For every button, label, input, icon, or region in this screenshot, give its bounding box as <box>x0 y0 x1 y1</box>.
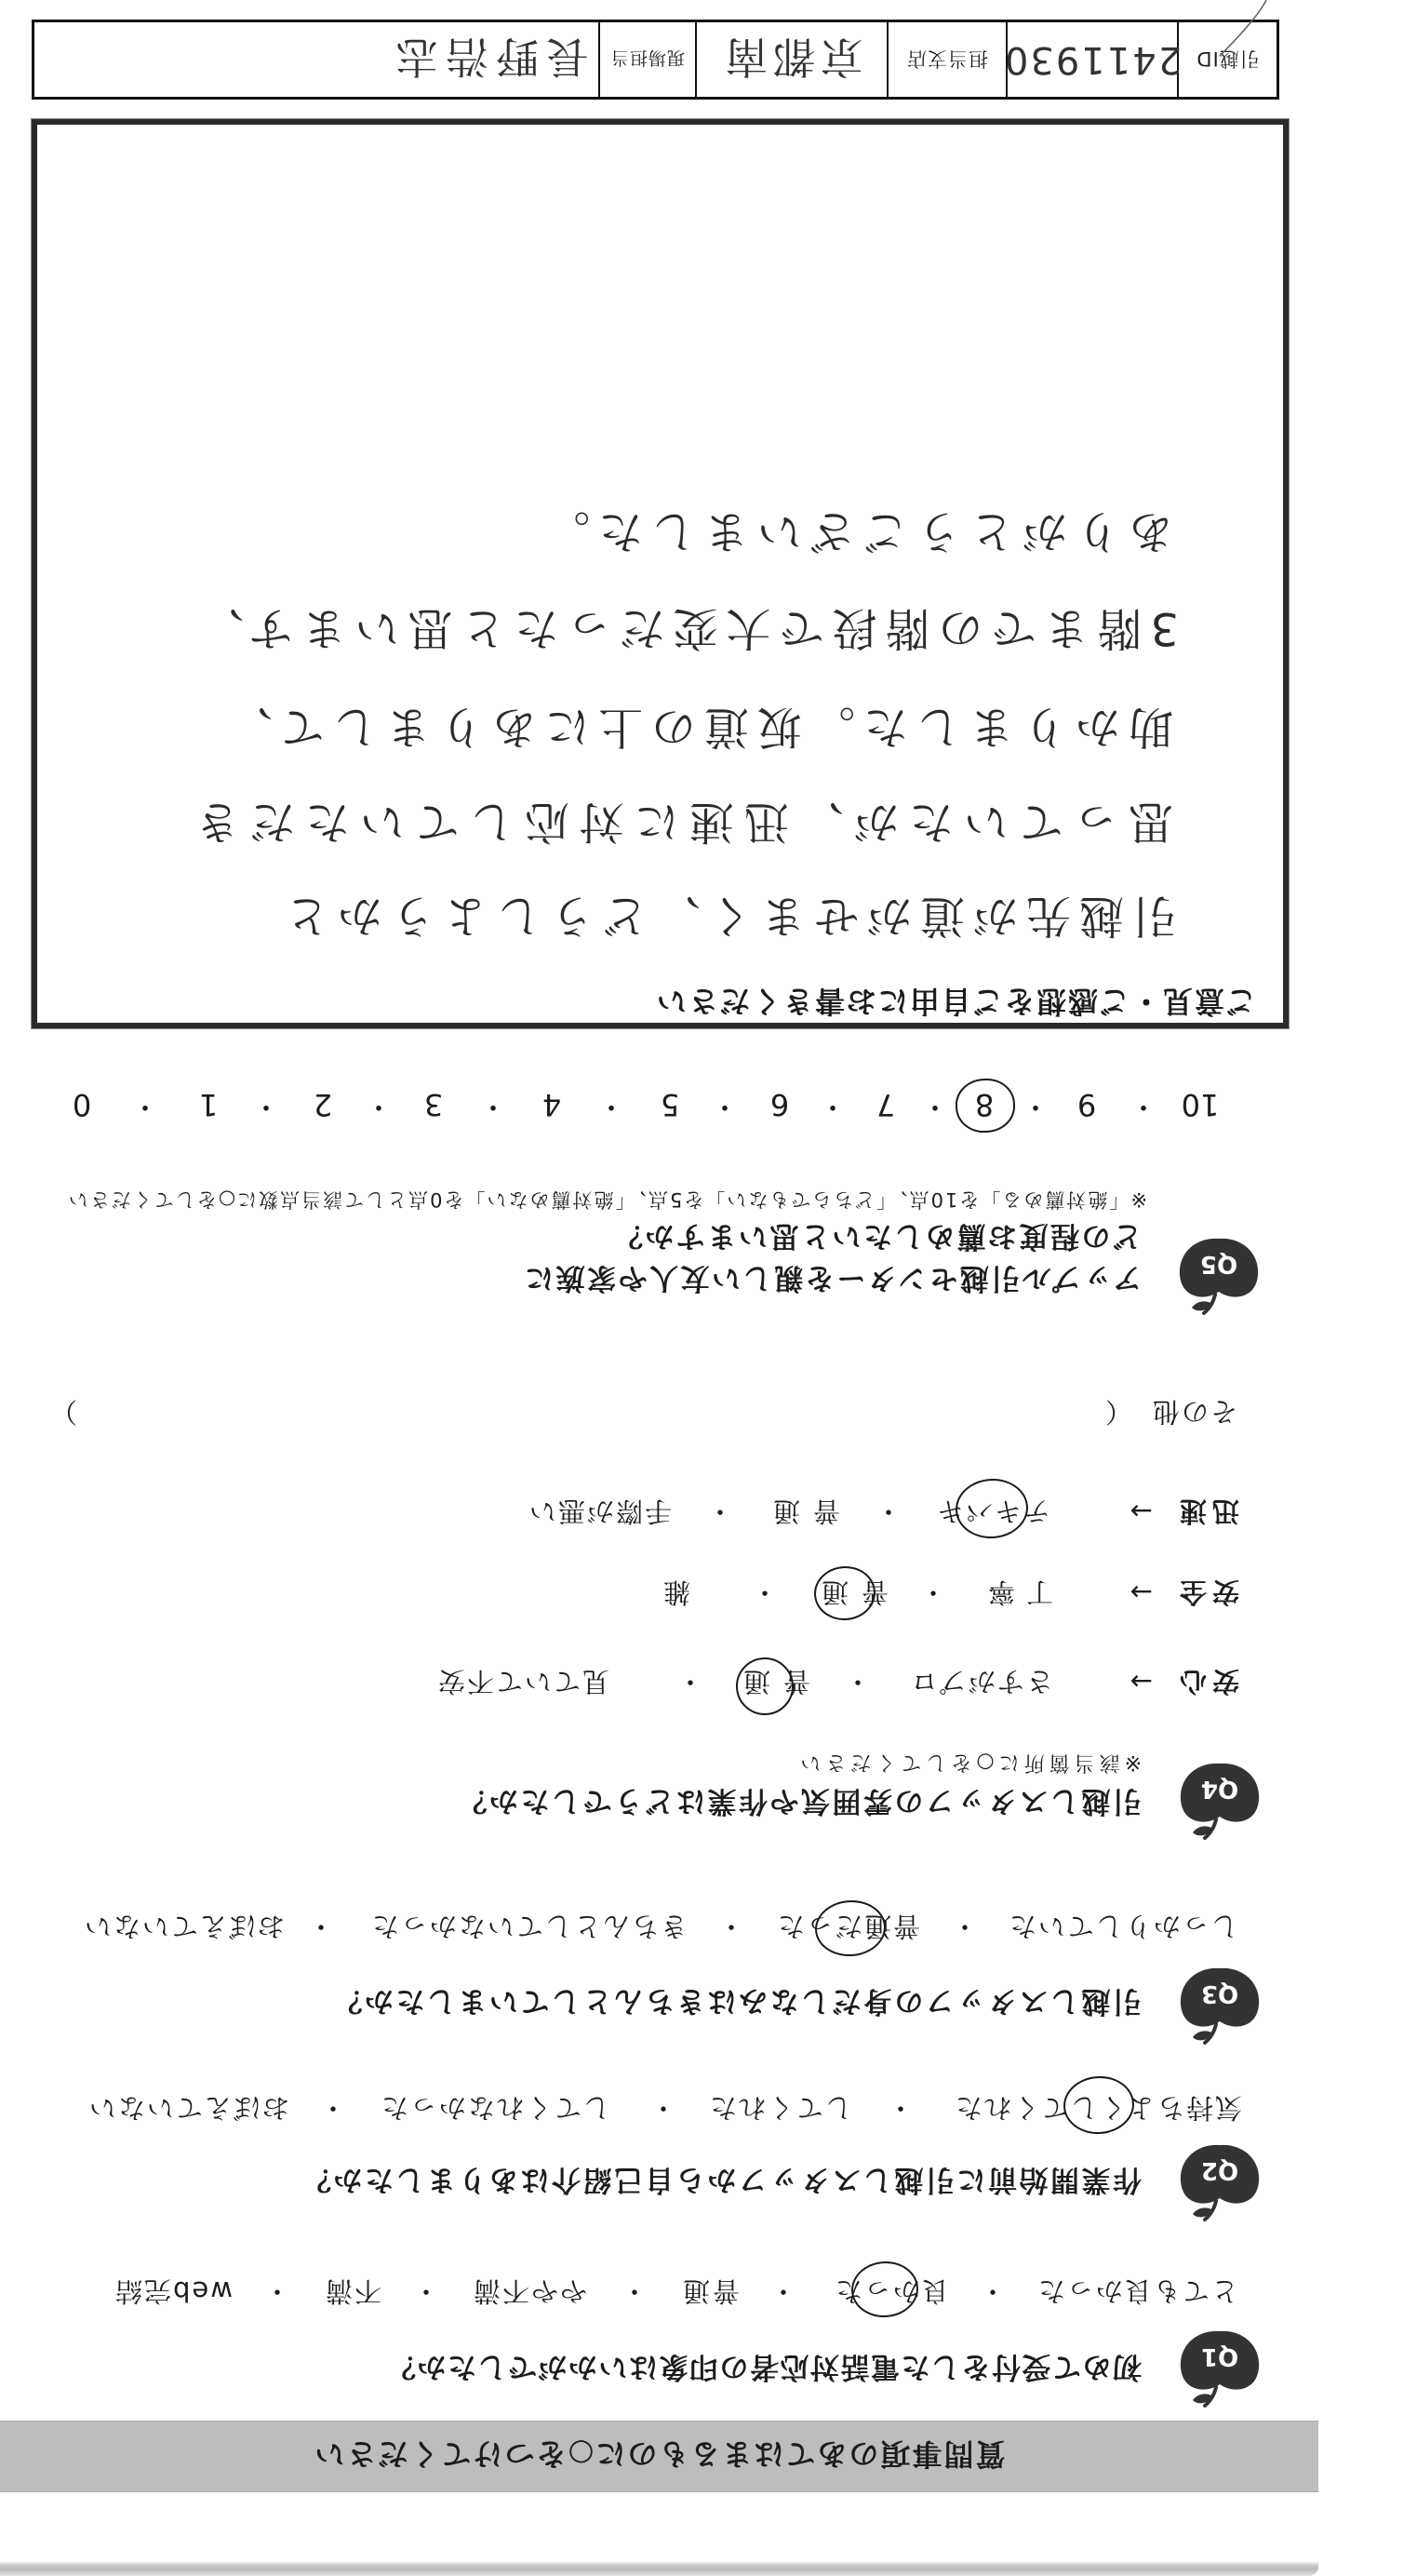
separator: ・ <box>649 2092 677 2123</box>
score-9: 9 <box>1059 1087 1115 1121</box>
staff-label-cell: 現場担当 <box>600 22 697 97</box>
q4-other-label: その他 <box>1151 1396 1237 1427</box>
q1-question: 初めて受付をした電話対応者の印象はいかがでしたか？ <box>386 2349 1143 2382</box>
selection-circle <box>954 1476 1030 1540</box>
separator: ・ <box>1130 1090 1157 1122</box>
q2-option-dont-remember: おぼえていない <box>87 2092 289 2123</box>
q4-question: 引越しスタッフの雰囲気や作業はどうでしたか？ <box>456 1783 1142 1817</box>
q2-option-no: してくれなかった <box>380 2092 610 2123</box>
move-id-cell: 2411930 <box>1008 22 1179 97</box>
score-3: 3 <box>406 1087 461 1121</box>
apple-badge-icon: Q3 <box>1177 1966 1263 2045</box>
handwritten-comment-line: ありがとうございました。 <box>537 505 1173 557</box>
score-0: 0 <box>54 1087 110 1121</box>
arrow-right-icon: → <box>1129 1666 1153 1697</box>
score-4: 4 <box>524 1087 580 1121</box>
score-5: 5 <box>642 1087 698 1121</box>
staff-label: 現場担当 <box>610 47 685 73</box>
staff-value: 長野浩志 <box>388 29 589 90</box>
separator: ・ <box>412 2275 440 2306</box>
separator: ・ <box>621 2275 648 2306</box>
q4-relief-option-pro: さすがプロ <box>909 1666 1053 1697</box>
pencil-stroke <box>1212 0 1277 63</box>
q4-safety-option-careful: 丁寧 <box>977 1576 1053 1607</box>
q5-question-line-2: どの程度お薦めしたいと思いますか？ <box>612 1218 1143 1252</box>
q4-speed-option-normal: 普通 <box>760 1496 840 1526</box>
q4-row-label-safety: 安全 <box>1174 1576 1239 1607</box>
q5-question-line-1: アップル引越センターを親しい友人や家族に <box>523 1260 1142 1294</box>
instruction-text: 質問事項のあてはまるものに○をつけてください <box>314 2435 1006 2478</box>
apple-badge-icon: Q4 <box>1177 1762 1263 1840</box>
badge-label: Q3 <box>1201 1979 1238 2007</box>
separator: ・ <box>875 1496 902 1526</box>
q4-other-open-paren: （ <box>1103 1396 1132 1427</box>
separator: ・ <box>365 1090 393 1122</box>
separator: ・ <box>919 1576 947 1607</box>
q3-option-dont-remember: おぼえていない <box>83 1911 285 1941</box>
badge-label: Q5 <box>1200 1250 1237 1278</box>
q4-row-label-speed: 迅速 <box>1174 1496 1239 1526</box>
instruction-banner: 質問事項のあてはまるものに○をつけてください <box>0 2421 1318 2492</box>
score-6: 6 <box>752 1087 808 1121</box>
branch-label: 担当支店 <box>906 46 988 74</box>
separator: ・ <box>307 1911 335 1941</box>
selection-circle <box>813 1898 888 1958</box>
q5-note: ※「絶対薦める」を10点、「どちらでもない」を5点、「絶対薦めない」を0点として… <box>67 1188 1147 1211</box>
q4-row-label-relief: 安心 <box>1174 1666 1239 1697</box>
selection-circle <box>849 2260 920 2320</box>
branch-value: 京都南 <box>721 29 863 90</box>
arrow-right-icon: → <box>1129 1496 1153 1526</box>
score-7: 7 <box>858 1087 914 1121</box>
separator: ・ <box>319 2092 347 2123</box>
q4-safety-option-rough: 雑 <box>662 1576 690 1607</box>
separator: ・ <box>844 1666 872 1697</box>
questionnaire-page: 質問事項のあてはまるものに○をつけてください Q1 初めて受付をした電話対応者の… <box>0 0 1417 2576</box>
selection-circle <box>954 1077 1017 1134</box>
badge-label: Q4 <box>1201 1775 1238 1803</box>
score-2: 2 <box>295 1087 351 1121</box>
badge-label: Q2 <box>1201 2156 1238 2184</box>
separator: ・ <box>951 1911 979 1941</box>
q1-option-web-complete: web完結 <box>114 2275 233 2306</box>
selection-circle <box>812 1564 877 1622</box>
q4-other-close-paren: ） <box>48 1396 77 1427</box>
separator: ・ <box>887 2092 915 2123</box>
q4-speed-option-clumsy: 手際が悪い <box>528 1496 672 1526</box>
separator: ・ <box>717 1911 745 1941</box>
scan-edge-shadow <box>0 2561 1318 2576</box>
handwritten-comment-line: 思っていたが、迅速に対応していただき <box>185 796 1173 847</box>
q2-question: 作業開始前に引越しスタッフから自己紹介はありましたか？ <box>301 2162 1143 2195</box>
move-id-value: 2411930 <box>1003 38 1182 81</box>
q3-question: 引越しスタッフの身だしなみはきちんとしていましたか？ <box>331 1983 1142 2017</box>
separator: ・ <box>479 1090 507 1122</box>
q3-option-not-neat: きちんとしていなかった <box>370 1911 688 1941</box>
q1-option-very-good: とても良かった <box>1036 2275 1238 2306</box>
staff-cell: 長野浩志 <box>34 22 600 97</box>
branch-label-cell: 担当支店 <box>889 22 1008 97</box>
selection-circle <box>1062 2073 1136 2136</box>
separator: ・ <box>819 1090 847 1122</box>
q2-option-yes: してくれた <box>708 2092 852 2123</box>
separator: ・ <box>263 2275 291 2306</box>
separator: ・ <box>676 1666 704 1697</box>
apple-badge-icon: Q5 <box>1176 1237 1262 1315</box>
handwritten-comment-line: 3階までの階段で大変だったと思います、 <box>191 602 1179 653</box>
separator: ・ <box>597 1090 625 1122</box>
q3-option-neat: しっかりしていた <box>1008 1911 1238 1941</box>
apple-badge-icon: Q2 <box>1177 2143 1263 2221</box>
separator: ・ <box>921 1090 949 1122</box>
badge-label: Q1 <box>1201 2342 1238 2370</box>
q1-option-dissatisfied: 不満 <box>324 2275 381 2306</box>
separator: ・ <box>751 1576 779 1607</box>
separator: ・ <box>769 2275 797 2306</box>
q4-note: ※該当箇所に○をしてください <box>795 1751 1142 1774</box>
arrow-right-icon: → <box>1129 1576 1153 1607</box>
handwritten-comment-line: 助かりました。坂道の上にありまして、 <box>220 701 1173 752</box>
score-1: 1 <box>180 1087 236 1121</box>
q1-option-normal: 普通 <box>680 2275 740 2306</box>
comment-label: ご意見・ご感想をご自由にお書きください <box>655 984 1256 1018</box>
separator: ・ <box>252 1090 280 1122</box>
q4-relief-option-anxious: 見ていて不安 <box>436 1666 609 1697</box>
separator: ・ <box>131 1090 159 1122</box>
branch-cell: 京都南 <box>697 22 889 97</box>
handwritten-comment-line: 引越先が道がせまく、どうしようかと <box>276 890 1177 941</box>
score-10: 10 <box>1172 1087 1228 1121</box>
separator: ・ <box>979 2275 1007 2306</box>
separator: ・ <box>1022 1090 1049 1122</box>
q1-option-somewhat-dissatisfied: やや不満 <box>472 2275 587 2306</box>
header-table: 引越ID 2411930 担当支店 京都南 現場担当 長野浩志 <box>32 20 1279 100</box>
apple-badge-icon: Q1 <box>1177 2329 1263 2408</box>
separator: ・ <box>711 1090 739 1122</box>
separator: ・ <box>706 1496 734 1526</box>
